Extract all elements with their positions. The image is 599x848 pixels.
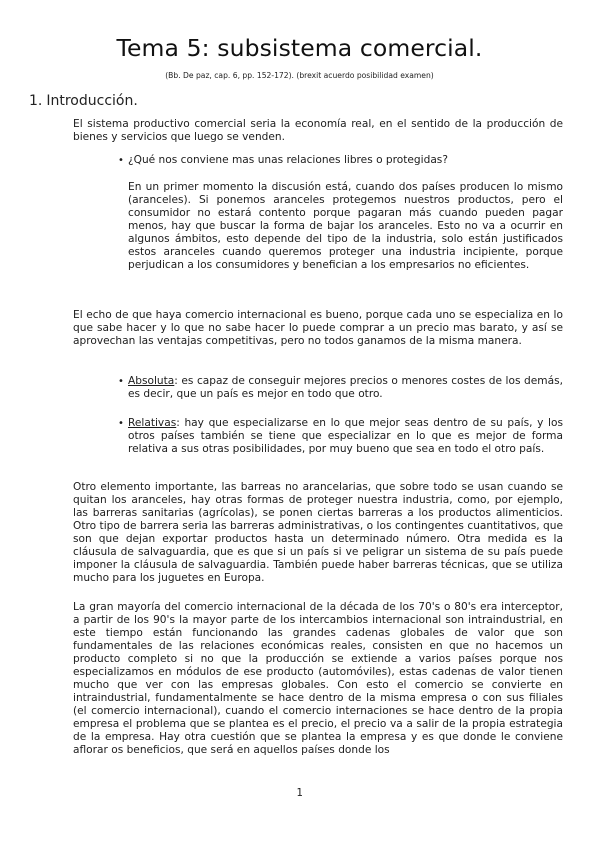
term-absoluta: Absoluta <box>128 375 174 387</box>
bullet-question: • ¿Qué nos conviene mas unas relaciones … <box>118 154 563 167</box>
section-number: 1. <box>29 93 42 109</box>
paragraph-cadenas-valor: La gran mayoría del comercio internacion… <box>73 601 563 757</box>
bullet-icon: • <box>118 154 128 167</box>
bullet-text: ¿Qué nos conviene mas unas relaciones li… <box>128 154 563 167</box>
paragraph-barreras: Otro elemento importante, las barreas no… <box>73 481 563 585</box>
paragraph-comercio-internacional: El echo de que haya comercio internacion… <box>73 309 563 348</box>
section-title: Introducción. <box>46 93 137 109</box>
bullet-text: Relativas: hay que especializarse en lo … <box>128 417 563 456</box>
paragraph-aranceles: En un primer momento la discusión está, … <box>128 181 563 272</box>
bullet-relativas: • Relativas: hay que especializarse en l… <box>118 417 563 456</box>
definition-absoluta: : es capaz de conseguir mejores precios … <box>128 375 563 400</box>
page-number: 1 <box>0 787 599 799</box>
bullet-icon: • <box>118 375 128 401</box>
bullet-icon: • <box>118 417 128 456</box>
definition-relativas: : hay que especializarse en lo que mejor… <box>128 417 563 455</box>
term-relativas: Relativas <box>128 417 176 429</box>
bullet-absoluta: • Absoluta: es capaz de conseguir mejore… <box>118 375 563 401</box>
document-page: Tema 5: subsistema comercial. (Bb. De pa… <box>0 0 599 848</box>
document-subtitle: (Bb. De paz, cap. 6, pp. 152-172). (brex… <box>0 71 599 80</box>
bullet-text: Absoluta: es capaz de conseguir mejores … <box>128 375 563 401</box>
section-heading: 1.Introducción. <box>29 93 138 109</box>
paragraph-intro: El sistema productivo comercial seria la… <box>73 118 563 144</box>
document-title: Tema 5: subsistema comercial. <box>0 34 599 62</box>
